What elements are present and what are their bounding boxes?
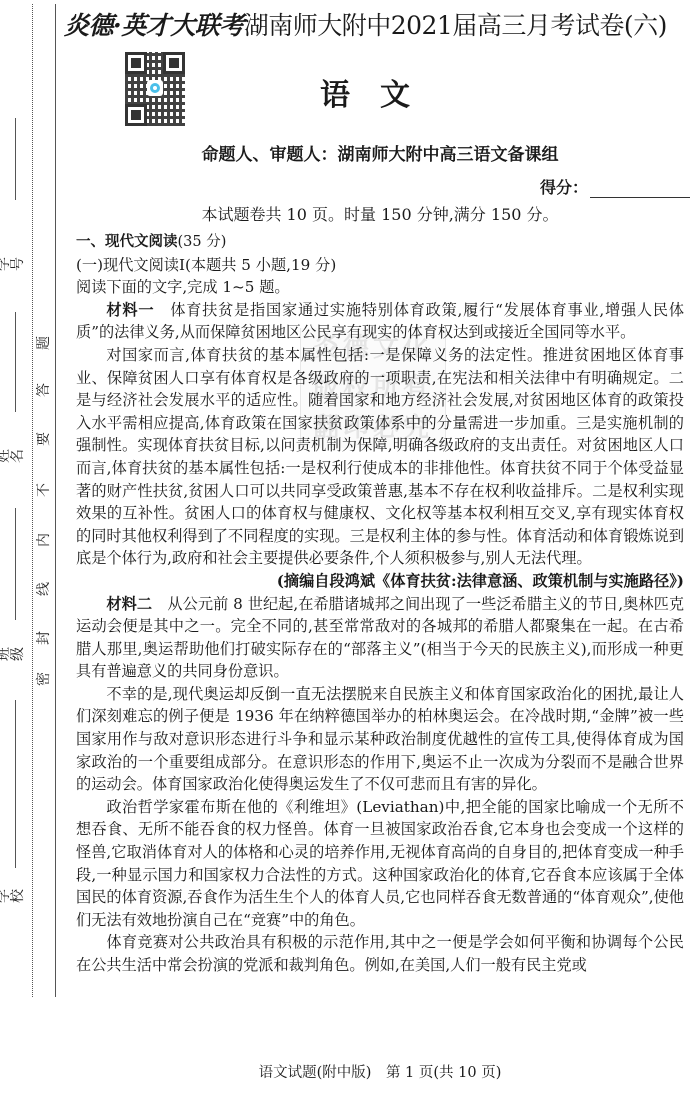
- seal-char: 答: [37, 382, 51, 398]
- section-heading: 一、现代文阅读(35 分): [76, 231, 684, 254]
- field-line: [15, 700, 16, 868]
- exam-title: 湖南师大附中2021届高三月考试卷(六): [244, 6, 667, 42]
- material1-paragraph: 对国家而言,体育扶贫的基本属性包括:一是保障义务的法定性。推进贫困地区体育事业、…: [76, 344, 684, 570]
- brand-name: 炎德·英才大联考: [64, 6, 244, 42]
- binding-line: [55, 4, 56, 997]
- score-label: 得分：: [540, 175, 588, 198]
- seal-char: 题: [37, 335, 51, 351]
- field-line: [15, 312, 16, 412]
- material2-paragraph: 材料二 从公元前 8 世纪起,在希腊诸城邦之间出现了一些泛希腊主义的节日,奥林匹…: [76, 593, 684, 683]
- authors-line: 命题人、审题人：湖南师大附中高三语文备课组: [60, 140, 700, 165]
- seal-char: 线: [37, 581, 51, 597]
- section-title: 一、现代文阅读: [76, 234, 178, 250]
- subsection-heading: (一)现代文阅读Ⅰ(本题共 5 小题,19 分): [76, 254, 684, 277]
- fold-line-dotted: [32, 4, 33, 997]
- field-label-name: 姓名: [0, 447, 25, 465]
- material2-label: 材料二: [106, 595, 152, 613]
- exam-header-title: 炎德·英才大联考 湖南师大附中2021届高三月考试卷(六): [64, 4, 700, 44]
- seal-char: 封: [37, 630, 51, 646]
- score-blank[interactable]: [590, 179, 690, 198]
- material2-paragraph: 体育竞赛对公共政治具有积极的示范作用,其中之一便是学会如何平衡和协调每个公民在公…: [76, 931, 684, 976]
- material2-paragraph: 政治哲学家霍布斯在他的《利维坦》(Leviathan)中,把全能的国家比喻成一个…: [76, 796, 684, 932]
- seal-char: 密: [37, 671, 51, 687]
- field-label-class: 班级: [0, 645, 25, 663]
- material1-paragraph: 材料一 体育扶贫是指国家通过实施特别体育政策,履行“发展体育事业,增强人民体质”…: [76, 299, 684, 344]
- subject-title: 语文: [0, 70, 700, 114]
- paragraph-text: 从公元前 8 世纪起,在希腊诸城邦之间出现了一些泛希腊主义的节日,奥林匹克运动会…: [76, 595, 684, 681]
- instruction: 阅读下面的文字,完成 1~5 题。: [76, 276, 684, 299]
- paragraph-text: 体育扶贫是指国家通过实施特别体育政策,履行“发展体育事业,增强人民体质”的法律义…: [76, 301, 684, 342]
- section-points: (35 分): [178, 234, 227, 250]
- exam-info: 本试题卷共 10 页。时量 150 分钟,满分 150 分。: [60, 202, 700, 225]
- field-label-school: 学校: [0, 887, 25, 905]
- page-footer: 语文试题(附中版) 第 1 页(共 10 页): [60, 1061, 700, 1082]
- seal-char: 要: [37, 431, 51, 447]
- exam-content: 一、现代文阅读(35 分) (一)现代文阅读Ⅰ(本题共 5 小题,19 分) 阅…: [76, 231, 684, 977]
- material1-label: 材料一: [106, 301, 154, 319]
- field-line: [15, 508, 16, 620]
- field-label-student-id: 学号: [0, 255, 25, 273]
- seal-char: 内: [37, 532, 51, 548]
- material1-citation: (摘编自段鸿斌《体育扶贫:法律意涵、政策机制与实施路径》): [76, 570, 684, 593]
- score-field: 得分：: [540, 175, 690, 198]
- seal-char: 不: [37, 482, 51, 498]
- field-line: [15, 118, 16, 200]
- material2-paragraph: 不幸的是,现代奥运却反倒一直无法摆脱来自民族主义和体育国家政治化的困扰,最让人们…: [76, 683, 684, 796]
